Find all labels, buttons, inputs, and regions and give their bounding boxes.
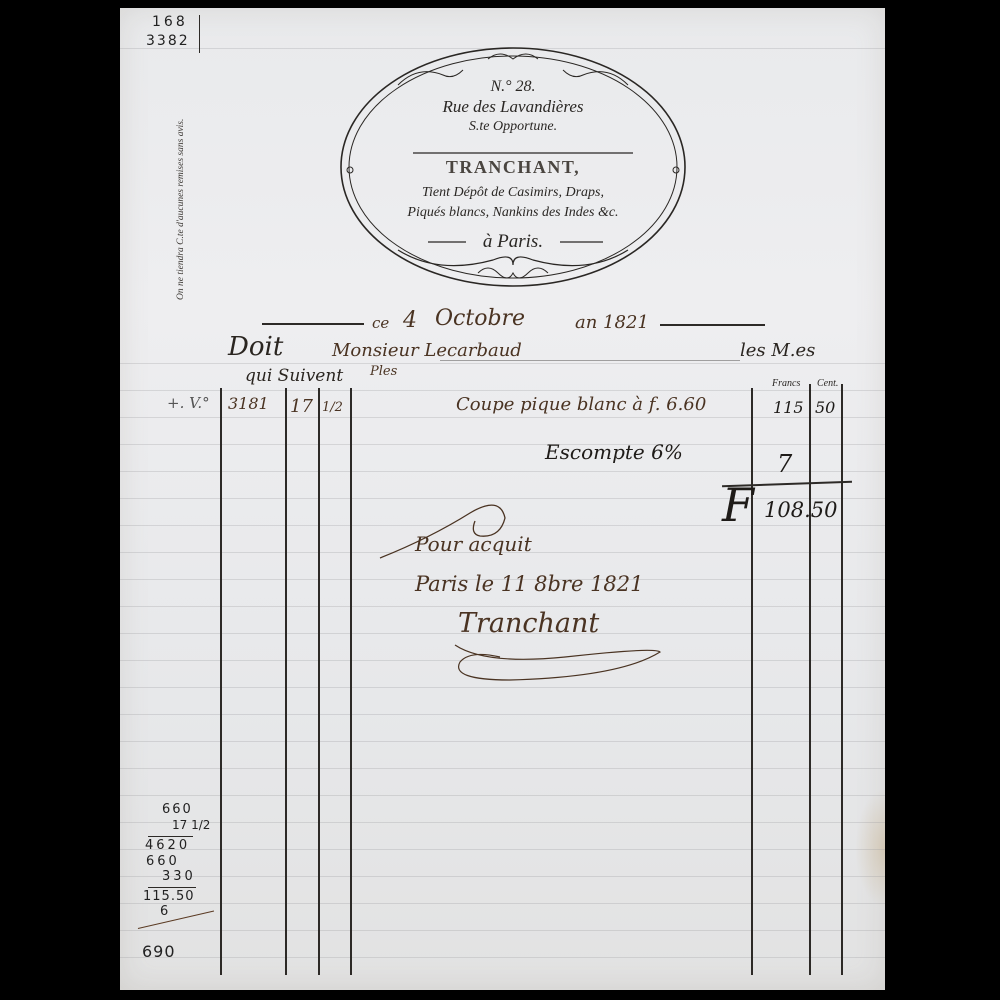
column-line-cent (809, 384, 811, 975)
paper-stain (855, 788, 885, 908)
debtor-name: Monsieur Lecarbaud (332, 340, 522, 361)
date-rule-right (660, 324, 765, 326)
item-fraction: 1/2 (322, 400, 343, 415)
letterhead-line-1: Tient Dépôt de Casimirs, Draps, (338, 185, 688, 201)
item-qty: 17 (290, 396, 313, 417)
letterhead: N.° 28. Rue des Lavandières S.te Opportu… (338, 45, 688, 290)
letterhead-number: N.° 28. (338, 78, 688, 96)
receipt-line-2: Paris le 11 8bre 1821 (415, 572, 644, 596)
date-month: Octobre (435, 306, 525, 331)
date-day: 4 (403, 308, 417, 333)
doit-label: Doit (228, 332, 283, 362)
discount-label: Escompte 6% (545, 440, 683, 464)
vertical-notice: On ne tiendra C.te d'aucunes remises san… (176, 119, 186, 300)
total-mark: F (722, 478, 754, 532)
column-line-1 (220, 388, 222, 975)
calc-line: 660 (146, 854, 180, 869)
item-cent: 50 (815, 398, 835, 417)
total-amount: 108.50 (764, 498, 837, 522)
column-header-francs: Francs (772, 378, 800, 389)
column-header-cent: Cent. (817, 378, 838, 389)
corner-number-top: 168 (152, 14, 188, 30)
corner-number-bottom: 3382 (146, 33, 190, 49)
calc-line: 690 (142, 942, 176, 961)
calc-line: 17 1/2 (172, 818, 210, 832)
item-ref: 3181 (228, 394, 269, 413)
discount-francs: 7 (777, 450, 792, 478)
calc-rule (148, 887, 196, 888)
calc-line: 330 (162, 869, 196, 884)
item-description: Coupe pique blanc à f. 6.60 (456, 394, 706, 415)
letterhead-quarter: S.te Opportune. (338, 119, 688, 135)
follow-abbr: Ples (370, 364, 397, 379)
calc-rule (148, 836, 193, 837)
letterhead-line-2: Piqués blancs, Nankins des Indes &c. (338, 205, 688, 221)
debtor-rule (440, 360, 740, 361)
corner-bracket (199, 15, 200, 53)
receipt-line-1: Pour acquit (415, 532, 532, 556)
debtor-suffix: les M.es (740, 340, 815, 361)
column-line-3 (318, 388, 320, 975)
column-line-2 (285, 388, 287, 975)
calc-line: 660 (162, 802, 193, 817)
column-line-4 (350, 388, 352, 975)
column-line-right (841, 384, 843, 975)
item-francs: 115 (773, 398, 804, 417)
letterhead-street: Rue des Lavandières (338, 97, 688, 117)
calc-line: 6 (160, 904, 168, 919)
follow-label: qui Suivent (245, 366, 343, 386)
merchant-name: TRANCHANT, (338, 157, 688, 178)
calc-line: 115.50 (143, 889, 195, 904)
item-mark: +. V.° (167, 394, 210, 412)
letterhead-city: à Paris. (338, 231, 688, 253)
calc-line: 4620 (145, 838, 190, 853)
date-year: an 1821 (575, 312, 649, 333)
column-line-francs (751, 388, 753, 975)
date-rule-left (262, 323, 364, 325)
date-prefix: ce (372, 314, 389, 332)
signature-paraph (450, 635, 670, 685)
